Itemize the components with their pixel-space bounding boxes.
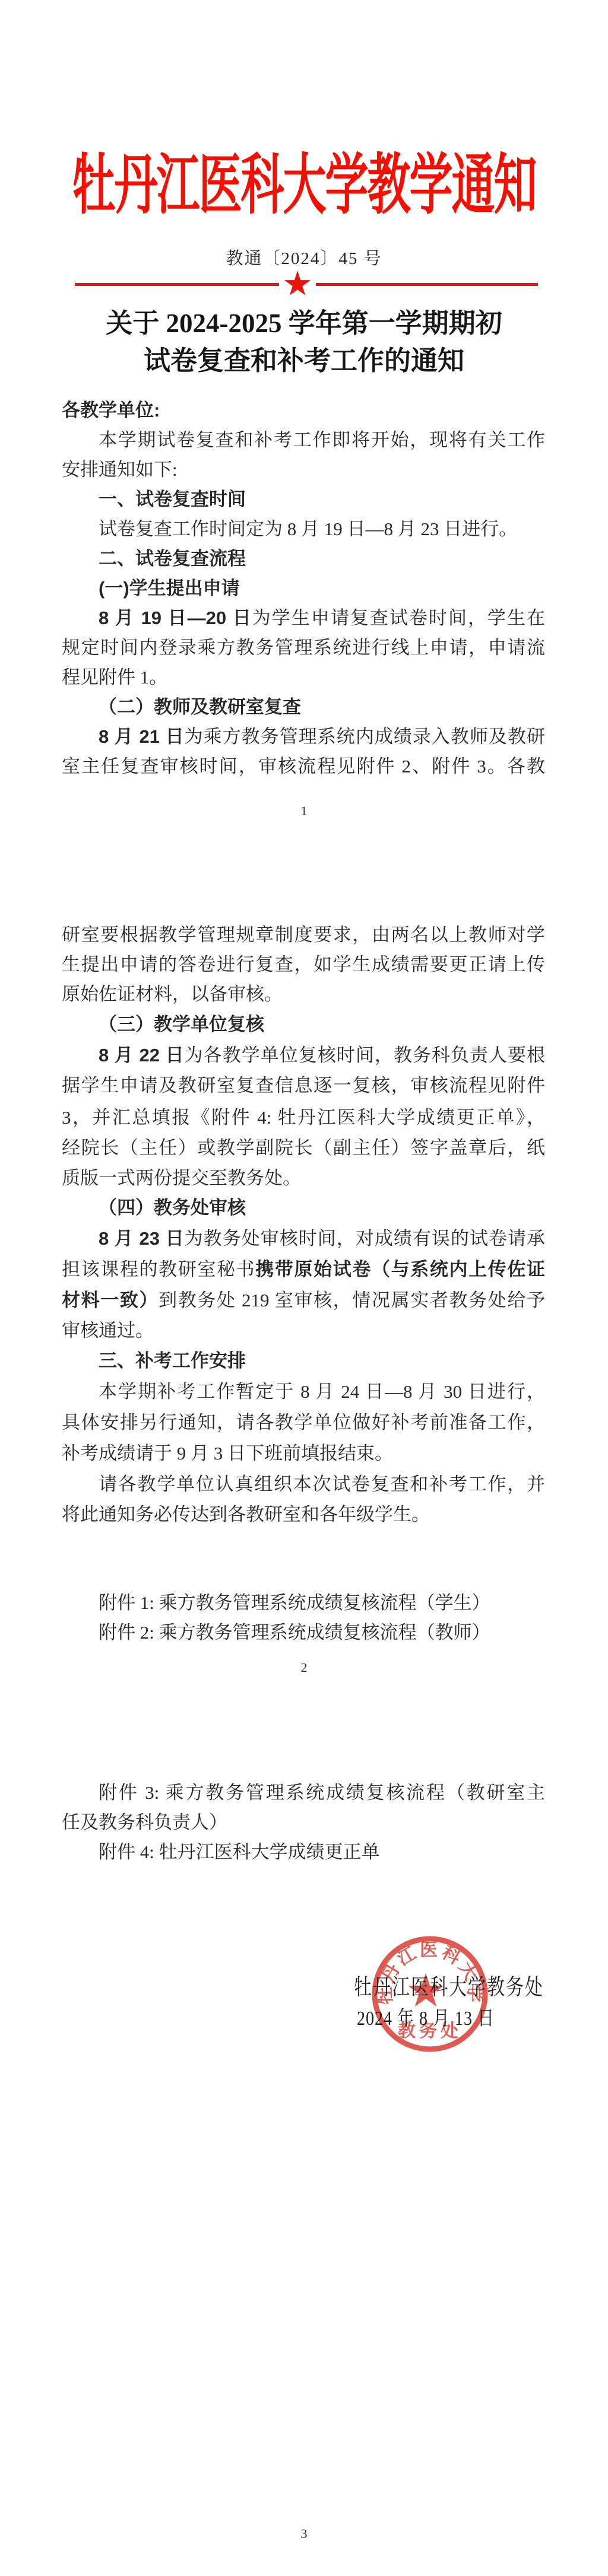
text-run: 二、试卷复查流程: [99, 548, 246, 569]
text-run: 为乘方教务管理系统内成绩录入教师及教研: [185, 726, 545, 747]
text-run: 本学期试卷复查和补考工作即将开始，现将有关工作: [99, 430, 545, 450]
body-line: 质版一式两份提交至教务处。: [62, 1165, 545, 1191]
body-line: （四）教务处审核: [62, 1195, 545, 1221]
text-run: 补考成绩请于 9 月 3 日下班前填报结束。: [62, 1443, 393, 1464]
body-line: 请各教学单位认真组织本次试卷复查和补考工作，并: [62, 1471, 545, 1497]
text-run: 生提出申请的答卷进行复查，如学生成绩需要更正请上传: [62, 954, 545, 975]
body-line: 8 月 22 日为各教学单位复核时间，教务科负责人要根: [62, 1042, 545, 1068]
body-line: 各教学单位:: [62, 397, 545, 424]
body-line: 三、补考工作安排: [62, 1348, 545, 1374]
text-run: 为教务处审核时间，对成绩有误的试卷请承: [185, 1228, 545, 1249]
body-line: 室主任复查审核时间，审核流程见附件 2、附件 3。各教: [62, 753, 545, 780]
text-run: 程见附件 1。: [62, 667, 167, 688]
text-run: 经院长（主任）或教学副院长（副主任）签字盖章后，纸: [62, 1137, 545, 1158]
page-number: 1: [0, 803, 608, 819]
body-line: 程见附件 1。: [62, 664, 545, 691]
text-run: 携带原始试卷（与系统内上传佐证: [255, 1259, 545, 1280]
body-line: 附件 4: 牡丹江医科大学成绩更正单: [62, 1839, 545, 1865]
body-line: 规定时间内登录乘方教务管理系统进行线上申请，申请流: [62, 635, 545, 661]
text-run: 研室要根据教学管理规章制度要求，由两名以上教师对学: [62, 924, 545, 945]
text-run: （四）教务处审核: [99, 1197, 246, 1218]
text-run: 附件 4: 牡丹江医科大学成绩更正单: [99, 1842, 380, 1862]
body-line: 审核通过。: [62, 1318, 545, 1344]
text-run: (一)学生提出申请: [99, 578, 240, 599]
notice-title: 关于 2024-2025 学年第一学期期初 试卷复查和补考工作的通知: [0, 305, 608, 380]
body-line: 担该课程的教研室秘书携带原始试卷（与系统内上传佐证: [62, 1257, 545, 1283]
body-line: 8 月 21 日为乘方教务管理系统内成绩录入教师及教研: [62, 724, 545, 750]
body-line: 本学期补考工作暂定于 8 月 24 日—8 月 30 日进行，: [62, 1379, 545, 1405]
text-run: 为学生申请复查试卷时间，学生在: [252, 608, 545, 628]
text-run: （三）教学单位复核: [99, 1014, 264, 1035]
text-run: 据学生申请及教研室复查信息逐一复核，审核流程见附件: [62, 1075, 545, 1096]
text-run: 原始佐证材料，以备审核。: [62, 984, 283, 1004]
body-line: 3，并汇总填报《附件 4: 牡丹江医科大学成绩更正单》，: [62, 1105, 545, 1131]
text-run: 规定时间内登录乘方教务管理系统进行线上申请，申请流: [62, 637, 545, 658]
body-line: 附件 2: 乘方教务管理系统成绩复核流程（教师）: [62, 1620, 545, 1646]
signature-org: 牡丹江医科大学教务处: [354, 1968, 544, 2001]
masthead-title: 牡丹江医科大学教学通知: [72, 132, 536, 227]
text-run: 8 月 23 日: [99, 1228, 185, 1249]
red-rule-right: [316, 283, 538, 286]
body-line: 具体安排另行通知，请各教学单位做好补考前准备工作，: [62, 1410, 545, 1436]
text-run: 附件 1: 乘方教务管理系统成绩复核流程（学生）: [99, 1592, 490, 1613]
text-run: 附件 3: 乘方教务管理系统成绩复核流程（教研室主: [99, 1782, 545, 1803]
red-star-icon: [284, 271, 311, 298]
text-run: 一、试卷复查时间: [99, 489, 246, 510]
body-line: 补考成绩请于 9 月 3 日下班前填报结束。: [62, 1440, 545, 1467]
text-run: 到教务处 219 室审核，情况属实者教务处给予: [159, 1290, 545, 1311]
text-run: 3，并汇总填报《附件 4: 牡丹江医科大学成绩更正单》，: [62, 1107, 545, 1128]
masthead: 牡丹江医科大学教学通知: [0, 132, 608, 194]
body-line: 附件 1: 乘方教务管理系统成绩复核流程（学生）: [62, 1590, 545, 1616]
text-run: 8 月 19 日—20 日: [99, 608, 252, 628]
body-line: 生提出申请的答卷进行复查，如学生成绩需要更正请上传: [62, 952, 545, 978]
body-line: 安排通知如下:: [62, 457, 545, 483]
text-run: 担该课程的教研室秘书: [62, 1259, 255, 1280]
body-line: 任及教务科负责人）: [62, 1809, 545, 1836]
doc-number: 教通〔2024〕45 号: [0, 245, 608, 269]
text-run: 将此通知务必传达到各教研室和各年级学生。: [62, 1504, 430, 1525]
notice-document: 牡丹江医科大学教学通知 教通〔2024〕45 号 关于 2024-2025 学年…: [0, 0, 608, 2576]
text-run: 室主任复查审核时间，审核流程见附件 2、附件 3。各教: [62, 756, 545, 777]
text-run: 安排通知如下:: [62, 459, 178, 480]
body-line: 本学期试卷复查和补考工作即将开始，现将有关工作: [62, 427, 545, 453]
text-run: 质版一式两份提交至教务处。: [62, 1168, 301, 1188]
signature-date: 2024 年 8 月 13 日: [357, 2003, 495, 2031]
body-line: 附件 3: 乘方教务管理系统成绩复核流程（教研室主: [62, 1780, 545, 1806]
text-run: 8 月 21 日: [99, 726, 185, 747]
text-run: 请各教学单位认真组织本次试卷复查和补考工作，并: [99, 1474, 545, 1494]
body-line: （三）教学单位复核: [62, 1012, 545, 1038]
body-line: 据学生申请及教研室复查信息逐一复核，审核流程见附件: [62, 1073, 545, 1099]
body-line: 研室要根据教学管理规章制度要求，由两名以上教师对学: [62, 922, 545, 948]
text-run: 本学期补考工作暂定于 8 月 24 日—8 月 30 日进行，: [99, 1381, 545, 1402]
body-line: 8 月 23 日为教务处审核时间，对成绩有误的试卷请承: [62, 1226, 545, 1252]
notice-title-line2: 试卷复查和补考工作的通知: [0, 342, 608, 380]
body-line: （二）教师及教研室复查: [62, 694, 545, 720]
text-run: 材料一致）: [62, 1290, 159, 1311]
text-run: 试卷复查工作时间定为 8 月 19 日—8 月 23 日进行。: [99, 519, 517, 539]
text-run: 8 月 22 日: [99, 1045, 185, 1066]
text-run: 具体安排另行通知，请各教学单位做好补考前准备工作，: [62, 1412, 545, 1433]
body-line: 原始佐证材料，以备审核。: [62, 981, 545, 1007]
page-number: 2: [0, 1660, 608, 1675]
text-run: 任及教务科负责人）: [62, 1812, 227, 1833]
body-line: 二、试卷复查流程: [62, 546, 545, 572]
text-run: 三、补考工作安排: [99, 1350, 246, 1371]
body-line: 一、试卷复查时间: [62, 486, 545, 513]
notice-title-line1: 关于 2024-2025 学年第一学期期初: [0, 305, 608, 342]
body-line: 将此通知务必传达到各教研室和各年级学生。: [62, 1502, 545, 1528]
body-line: 8 月 19 日—20 日为学生申请复查试卷时间，学生在: [62, 605, 545, 631]
text-run: （二）教师及教研室复查: [99, 697, 301, 717]
body-line: (一)学生提出申请: [62, 575, 545, 602]
body-line: 试卷复查工作时间定为 8 月 19 日—8 月 23 日进行。: [62, 516, 545, 542]
body-line: 经院长（主任）或教学副院长（副主任）签字盖章后，纸: [62, 1135, 545, 1161]
page-number: 3: [0, 2526, 608, 2542]
text-run: 为各教学单位复核时间，教务科负责人要根: [185, 1045, 545, 1066]
body-line: 材料一致）到教务处 219 室审核，情况属实者教务处给予: [62, 1287, 545, 1314]
text-run: 审核通过。: [62, 1320, 154, 1341]
text-run: 附件 2: 乘方教务管理系统成绩复核流程（教师）: [99, 1622, 490, 1643]
red-rule-left: [75, 283, 279, 286]
text-run: 各教学单位:: [62, 400, 160, 421]
